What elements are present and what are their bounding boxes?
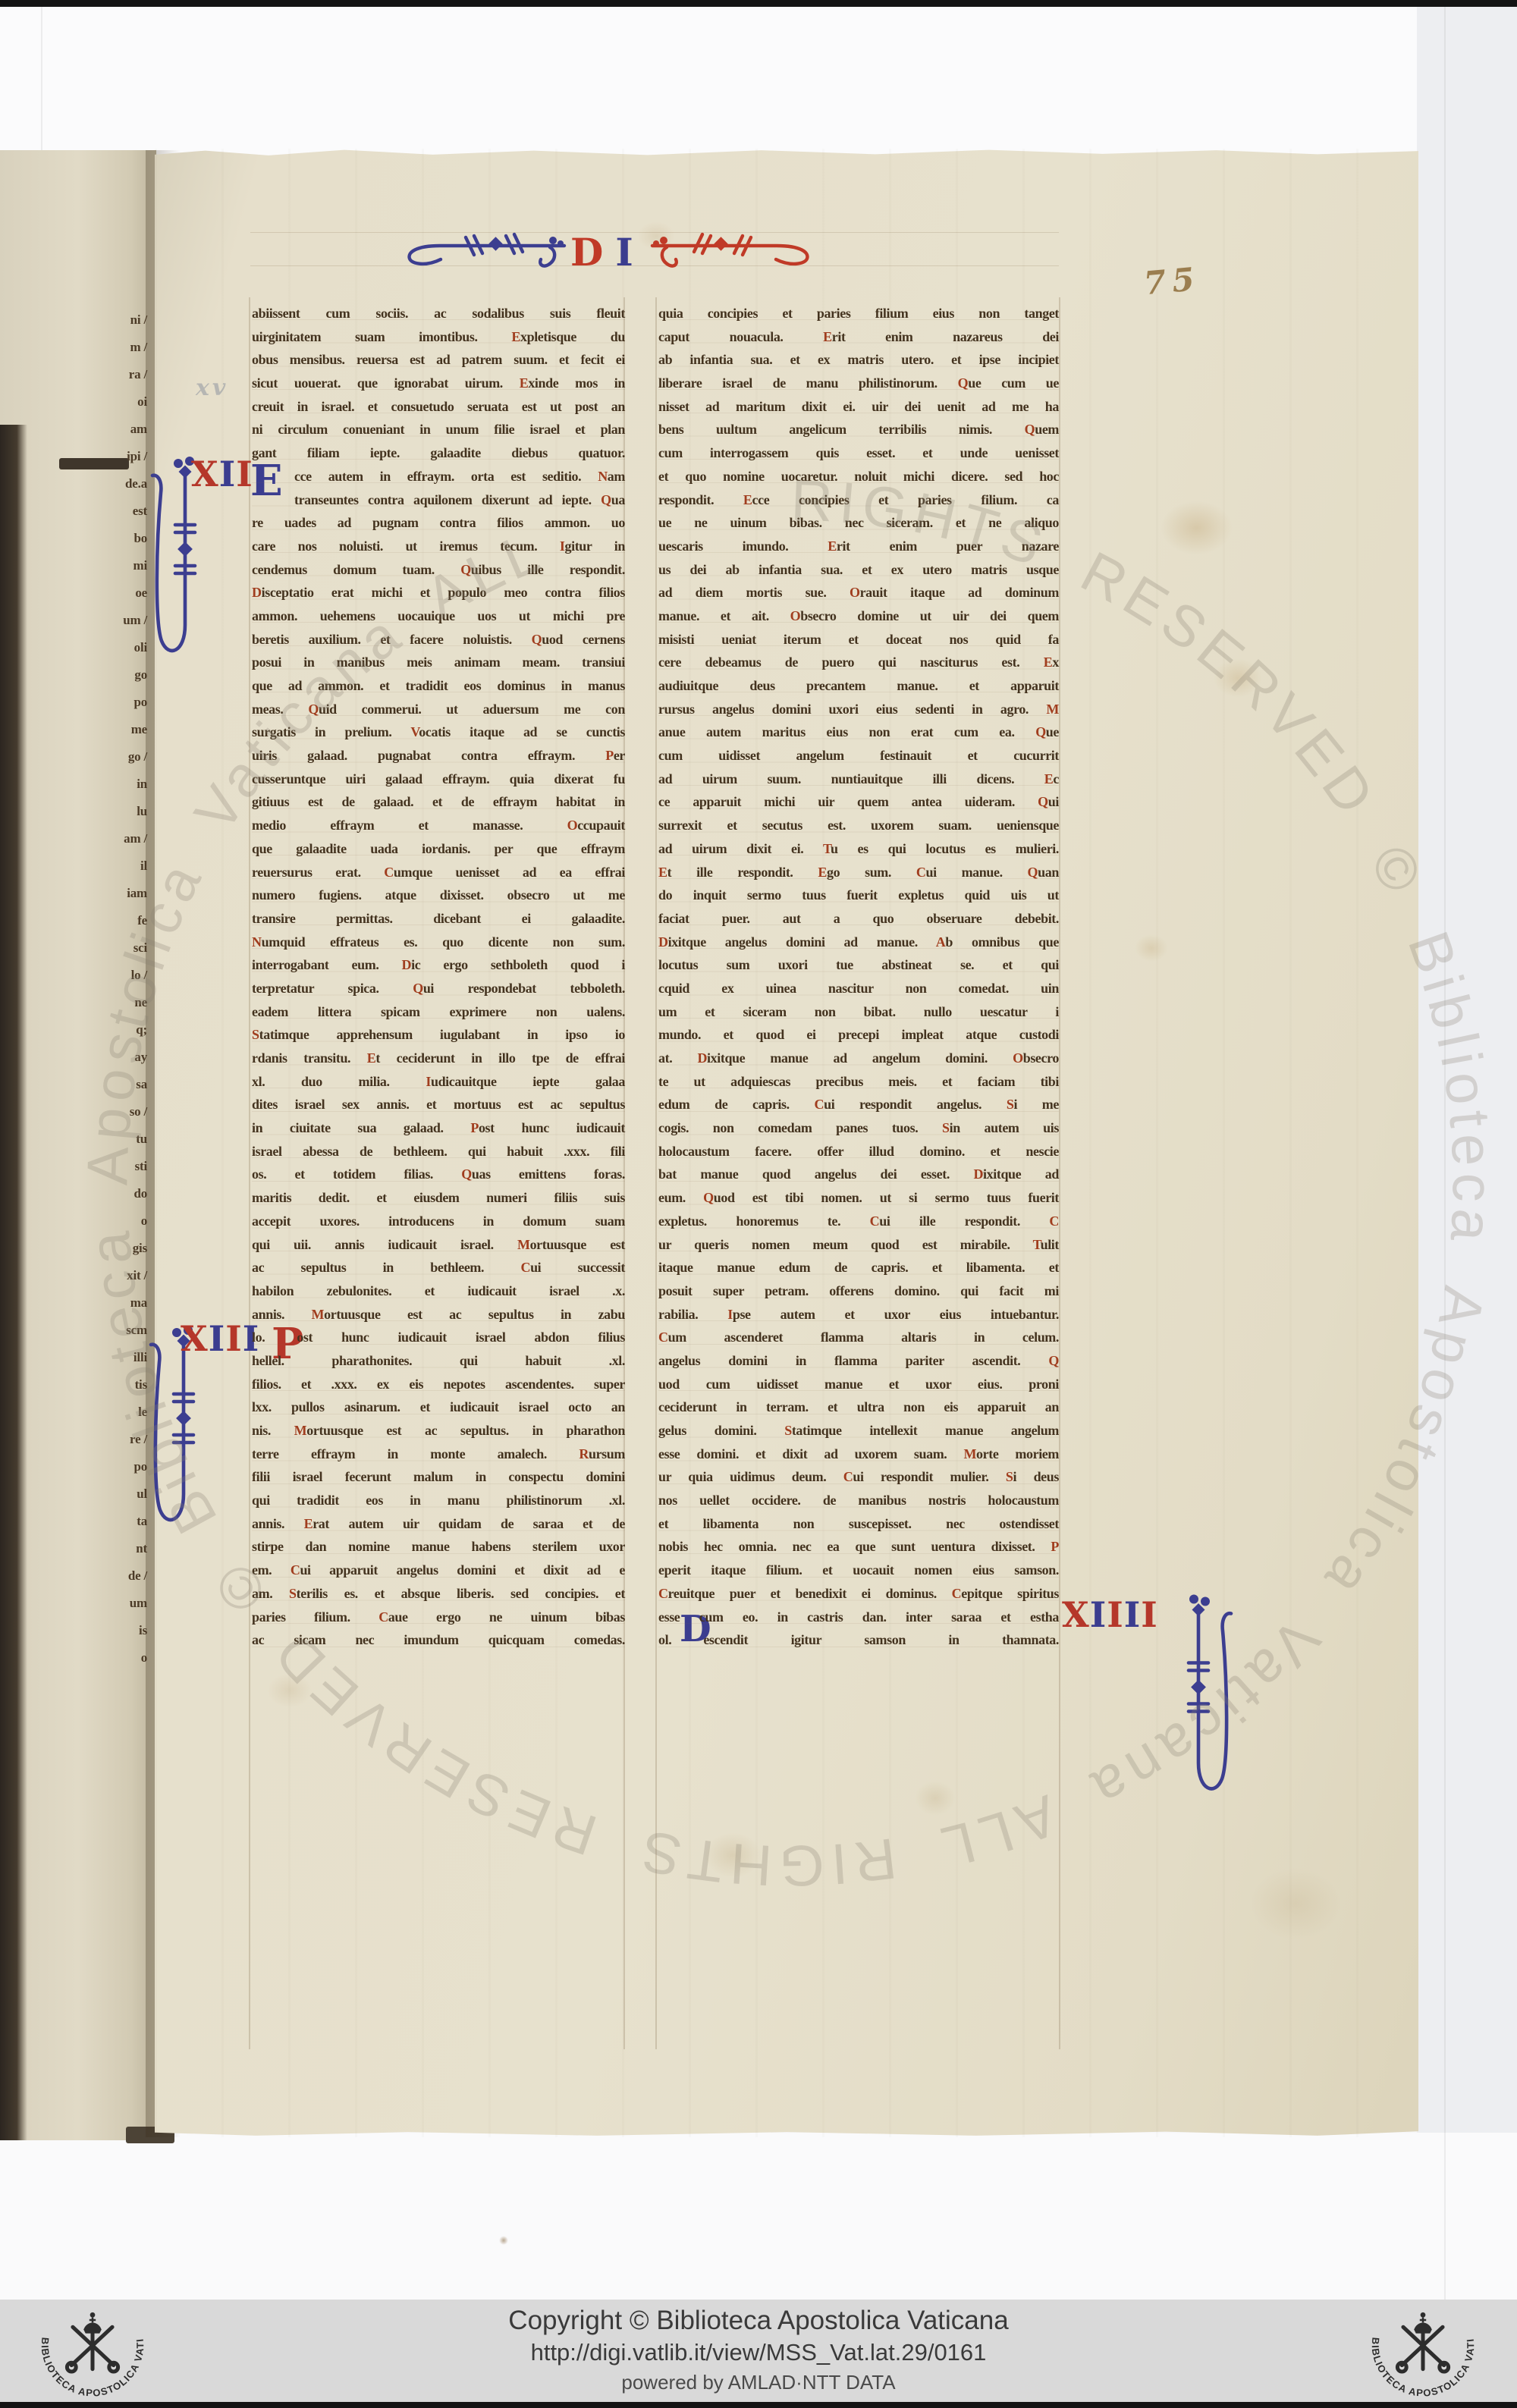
- text-line: uirginitatem suam imontibus. Expletisque…: [252, 325, 625, 349]
- text-line: israel abessa de bethleem. qui habuit .x…: [252, 1140, 625, 1163]
- text-line: in ciuitate sua galaad. Post hunc iudica…: [252, 1116, 625, 1140]
- text-line: paries filium. Caue ergo ne uinum bibas: [252, 1606, 625, 1629]
- text-line: os. et totidem filias. Quas emittens for…: [252, 1163, 625, 1186]
- text-line: Numquid effrateus es. quo dicente non su…: [252, 931, 625, 954]
- gutter-fragment: am /: [27, 825, 147, 852]
- text-line: ad uirum dixit ei. Tu es qui locutus es …: [658, 837, 1059, 861]
- text-line: ol.escendit igitur samson in thamnata.: [658, 1628, 1059, 1652]
- text-line: cce autem in effraym. orta est seditio. …: [252, 465, 625, 488]
- gutter-fragment: il: [27, 852, 147, 880]
- paper-seam: [41, 7, 42, 151]
- gutter-fragment: me: [27, 716, 147, 743]
- text-line: transire permittas. dicebant ei galaadit…: [252, 907, 625, 931]
- gutter-fragment: ma: [27, 1289, 147, 1317]
- text-line: uescaris imundo. Erit enim puer nazare: [658, 535, 1059, 558]
- gutter-fragment: xit /: [27, 1262, 147, 1289]
- gutter-fragment: iam: [27, 880, 147, 907]
- ruling-line: [655, 297, 657, 2049]
- text-line: audiuitque deus precantem manue. et appa…: [658, 674, 1059, 698]
- penwork-flourish-right-icon: [649, 231, 816, 273]
- text-line: angelus domini in flamma pariter ascendi…: [658, 1349, 1059, 1373]
- gutter-fragment: le: [27, 1399, 147, 1426]
- text-line: meas. Quid commerui. ut aduersum me con: [252, 698, 625, 721]
- gutter-fragment: re /: [27, 1426, 147, 1453]
- text-line: ce apparuit michi uir quem antea uideram…: [658, 790, 1059, 814]
- gutter-fragment: go /: [27, 743, 147, 771]
- text-line: numero fugiens. atque dixisset. obsecro …: [252, 884, 625, 907]
- text-line: bat manue quod angelus dei esset. Dixitq…: [658, 1163, 1059, 1186]
- scan-border-bottom: [0, 2402, 1517, 2408]
- gutter-fragment: ra /: [27, 361, 147, 388]
- text-line: caput nouacula. Erit enim nazareus dei: [658, 325, 1059, 349]
- text-line: gitiuus est de galaad. et de effraym hab…: [252, 790, 625, 814]
- text-line: hellel. pharathonites. qui habuit .xl.: [252, 1349, 625, 1373]
- gutter-fragment: de /: [27, 1562, 147, 1590]
- text-line: respondit. Ecce concipies et paries fili…: [658, 488, 1059, 512]
- text-line: beretis auxilium. et facere noluistis. Q…: [252, 628, 625, 651]
- gutter-fragment: q;: [27, 1016, 147, 1044]
- text-line: ammon. uehemens uocauique uos ut michi p…: [252, 604, 625, 628]
- text-line: rabilia. Ipse autem et uxor eius intueba…: [658, 1303, 1059, 1326]
- text-line: liberare israel de manu philistinorum. Q…: [658, 372, 1059, 395]
- gutter-fragment: do: [27, 1180, 147, 1207]
- text-line: creuit in israel. et consuetudo seruata …: [252, 395, 625, 419]
- gutter-fragment: ul: [27, 1480, 147, 1508]
- folio-number: 75: [1142, 260, 1201, 302]
- text-line: faciat puer. aut a quo obseruare debebit…: [658, 907, 1059, 931]
- gutter-fragment: mi: [27, 552, 147, 579]
- chapter-number-xiii: XIII: [181, 1321, 259, 1356]
- book-gutter: [0, 425, 27, 2140]
- gutter-fragment: is: [27, 1617, 147, 1644]
- text-line: ad uirum suum. nuntiauitque illi dicens.…: [658, 768, 1059, 791]
- text-line: et quo nomine uocaretur. noluit michi di…: [658, 465, 1059, 488]
- gutter-fragment: sti: [27, 1153, 147, 1180]
- text-line: holocaustum facere. offer illud domino. …: [658, 1140, 1059, 1163]
- text-line: misisti ueniat iterum et doceat nos quid…: [658, 628, 1059, 651]
- gutter-fragment: gis: [27, 1235, 147, 1262]
- text-line: at. Dixitque manue ad angelum domini. Ob…: [658, 1047, 1059, 1070]
- text-line: Statimque apprehensum iugulabant in ipso…: [252, 1023, 625, 1047]
- text-line: mundo. et quod ei precepi impleat atque …: [658, 1023, 1059, 1047]
- gutter-fragment: so /: [27, 1098, 147, 1126]
- text-line: que ad ammon. et tradidit eos dominus in…: [252, 674, 625, 698]
- text-line: ni circulum conueniant in unum filie isr…: [252, 418, 625, 441]
- gutter-fragment: fe: [27, 907, 147, 934]
- text-line: um et siceram non bibat. nullo uescatur …: [658, 1000, 1059, 1024]
- text-line: filii israel fecerunt malum in conspectu…: [252, 1465, 625, 1489]
- text-line: eadem littera spicam exprimere non ualen…: [252, 1000, 625, 1024]
- text-line: terpretatur spica. Qui respondebat tebbo…: [252, 977, 625, 1000]
- text-line: te ut adquiescas precibus meis. et facia…: [658, 1070, 1059, 1094]
- running-title: DI: [570, 234, 633, 272]
- text-line: anue autem maritus eius non erat cum ea.…: [658, 721, 1059, 744]
- text-line: posui in manibus meis animam meam. trans…: [252, 651, 625, 674]
- text-line: re uades ad pugnam contra filios ammon. …: [252, 511, 625, 535]
- text-line: sicut uouerat. que ignorabat uirum. Exin…: [252, 372, 625, 395]
- ruling-line: [1059, 297, 1060, 2049]
- text-line: care nos noluisti. ut iremus tecum. Igit…: [252, 535, 625, 558]
- marginal-note: xv: [196, 375, 228, 401]
- gutter-fragment: o: [27, 1644, 147, 1672]
- text-line: eperit itaque filium. et uocauit nomen e…: [658, 1559, 1059, 1582]
- gutter-fragment: ay: [27, 1044, 147, 1071]
- gutter-fragment: m /: [27, 334, 147, 361]
- text-line: rdanis transitu. Et ceciderunt in illo t…: [252, 1047, 625, 1070]
- text-line: edum de capris. Cui respondit angelus. S…: [658, 1093, 1059, 1116]
- text-line: itaque manue edum de capris. et libament…: [658, 1256, 1059, 1279]
- gutter-fragment: po: [27, 689, 147, 716]
- text-line: abiissent cum sociis. ac sodalibus suis …: [252, 302, 625, 325]
- gutter-fragment: ne: [27, 989, 147, 1016]
- text-line: obus mensibus. reuersa est ad patrem suu…: [252, 348, 625, 372]
- backing-sheet-bottom: [0, 2133, 1517, 2300]
- text-line: nobis hec omnia. nec ea que sunt uentura…: [658, 1535, 1059, 1559]
- text-line: expletus. honoremus te. Cui ille respond…: [658, 1210, 1059, 1233]
- gutter-fragment: sa: [27, 1071, 147, 1098]
- text-line: cum uidisset angelum festinauit et cucur…: [658, 744, 1059, 768]
- text-line: annis. Mortuusque est ac sepultus in zab…: [252, 1303, 625, 1326]
- running-title-letter: D: [570, 234, 603, 272]
- gutter-fragment: est: [27, 498, 147, 525]
- text-line: ac sicam nec imundum quicquam comedas.: [252, 1628, 625, 1652]
- running-title-letter: I: [615, 234, 633, 272]
- text-line: Et ille respondit. Ego sum. Cui manue. Q…: [658, 861, 1059, 884]
- text-line: accepit uxores. introducens in domum sua…: [252, 1210, 625, 1233]
- ruling-line: [249, 297, 250, 2049]
- text-line: ceciderunt in terram. et ultra non eis a…: [658, 1396, 1059, 1419]
- text-line: em. Cui apparuit angelus domini et dixit…: [252, 1559, 625, 1582]
- gutter-fragment: in: [27, 771, 147, 798]
- penwork-flourish-left-icon: [400, 231, 567, 273]
- gutter-fragment: illi: [27, 1344, 147, 1371]
- text-line: uiris galaad. pugnabat contra effraym. P…: [252, 744, 625, 768]
- text-line: terre effraym in monte amalech. Rursum: [252, 1443, 625, 1466]
- gutter-fragment: tu: [27, 1126, 147, 1153]
- gutter-fragment: o: [27, 1207, 147, 1235]
- gutter-fragment: tis: [27, 1371, 147, 1399]
- gutter-fragment: oli: [27, 634, 147, 661]
- text-column-left: abiissent cum sociis. ac sodalibus suis …: [252, 302, 625, 1652]
- text-line: Cum ascenderet flamma altaris in celum.: [658, 1326, 1059, 1349]
- text-line: quia concipies et paries filium eius non…: [658, 302, 1059, 325]
- text-line: bens uultum angelicum terribilis nimis. …: [658, 418, 1059, 441]
- gutter-fragment: scm: [27, 1317, 147, 1344]
- gutter-text-fragments: ni /m /ra /oiamipi /de.aestbomioeum /oli…: [27, 306, 147, 1672]
- text-line: que galaadite uada iordanis. per que eff…: [252, 837, 625, 861]
- gutter-fragment: lo /: [27, 962, 147, 989]
- gutter-fragment: bo: [27, 525, 147, 552]
- text-line: gelus domini. Statimque intellexit manue…: [658, 1419, 1059, 1443]
- text-line: cusseruntque uiri galaad effraym. quia d…: [252, 768, 625, 791]
- text-line: filios. et .xxx. ex eis nepotes ascenden…: [252, 1373, 625, 1396]
- gutter-fragment: lu: [27, 798, 147, 825]
- text-line: lxx. pullos asinarum. et iudicauit israe…: [252, 1396, 625, 1419]
- gutter-fragment: um: [27, 1590, 147, 1617]
- text-line: annis. Erat autem uir quidam de saraa et…: [252, 1512, 625, 1536]
- text-line: ab infantia sua. et ex matris utero. et …: [658, 348, 1059, 372]
- gutter-fragment: nt: [27, 1535, 147, 1562]
- text-line: dites israel sex annis. et mortuus est a…: [252, 1093, 625, 1116]
- gutter-fragment: ni /: [27, 306, 147, 334]
- gutter-fragment: go: [27, 661, 147, 689]
- text-line: gant filiam iepte. galaadite diebus quat…: [252, 441, 625, 465]
- text-line: Creuitque puer et benedixit ei dominus. …: [658, 1582, 1059, 1606]
- text-line: maritis dedit. et eiusdem numeri filiis …: [252, 1186, 625, 1210]
- gutter-fragment: po: [27, 1453, 147, 1480]
- manuscript-scan: ni /m /ra /oiamipi /de.aestbomioeum /oli…: [0, 0, 1517, 2408]
- bav-logo-right: BIBLIOTECA APOSTOLICA VATICANA: [1352, 2304, 1494, 2400]
- text-line: ur queris nomen meum quod est mirabile. …: [658, 1233, 1059, 1257]
- footer-powered-by: powered by AMLAD·NTT DATA: [0, 2371, 1517, 2394]
- text-line: manue. et ait. Obsecro domine ut uir dei…: [658, 604, 1059, 628]
- gutter-fragment: oi: [27, 388, 147, 416]
- text-line: et libamenta non suscepisset. nec ostend…: [658, 1512, 1059, 1536]
- text-line: qui tradidit eos in manu philistinorum .…: [252, 1489, 625, 1512]
- text-line: stirpe dan nomine manue habens sterilem …: [252, 1535, 625, 1559]
- scan-border-top: [0, 0, 1517, 7]
- text-line: eum. Quod est tibi nomen. ut si sermo tu…: [658, 1186, 1059, 1210]
- gutter-fragment: ipi /: [27, 443, 147, 470]
- text-line: surrexit et secutus est. uxorem suam. ue…: [658, 814, 1059, 837]
- text-line: xl. duo milia. Iudicauitque iepte galaa: [252, 1070, 625, 1094]
- text-line: nis. Mortuusque est ac sepultus. in phar…: [252, 1419, 625, 1443]
- text-line: esse domini. et dixit ad uxorem suam. Mo…: [658, 1443, 1059, 1466]
- text-line: ur quia uidimus deum. Cui respondit muli…: [658, 1465, 1059, 1489]
- text-line: reuersurus erat. Cumque uenisset ad ea e…: [252, 861, 625, 884]
- backing-sheet-top: [0, 7, 1517, 159]
- paraph-flourish-icon: [1185, 1590, 1233, 1821]
- text-line: Disceptatio erat michi et populo meo con…: [252, 581, 625, 604]
- text-line: esse cum eo. in castris dan. inter saraa…: [658, 1606, 1059, 1629]
- text-column-right: quia concipies et paries filium eius non…: [658, 302, 1059, 1652]
- text-line: ac sepultus in bethleem. Cui successit: [252, 1256, 625, 1279]
- text-line: cogis. non comedam panes tuos. Sin autem…: [658, 1116, 1059, 1140]
- text-line: cendemus domum tuam. Quibus ille respond…: [252, 558, 625, 582]
- text-line: ad diem mortis sue. Orauit itaque ad dom…: [658, 581, 1059, 604]
- text-line: uod cum uidisset manue et uxor eius. pro…: [658, 1373, 1059, 1396]
- text-line: nos uellet occidere. de manibus nostris …: [658, 1489, 1059, 1512]
- gutter-fragment: am: [27, 416, 147, 443]
- text-line: nisset ad maritum dixit ei. uir dei ueni…: [658, 395, 1059, 419]
- gutter-fragment: oe: [27, 579, 147, 607]
- text-line: medio effraym et manasse. Occupauit: [252, 814, 625, 837]
- text-line: ue ne uinum bibas. nec siceram. et ne al…: [658, 511, 1059, 535]
- text-line: Dixitque angelus domini ad manue. Ab omn…: [658, 931, 1059, 954]
- text-line: locutus sum uxori tue abstineat se. et q…: [658, 953, 1059, 977]
- chapter-number-xii: XII: [191, 457, 253, 491]
- text-line: transeuntes contra aquilonem dixerunt ad…: [252, 488, 625, 512]
- paper-seam: [1444, 7, 1446, 2300]
- gutter-fragment: ta: [27, 1508, 147, 1535]
- text-line: lo.ost hunc iudicauit israel abdon filiu…: [252, 1326, 625, 1349]
- gutter-fragment: de.a: [27, 470, 147, 498]
- text-line: us dei ab infantia sua. et ex utero matr…: [658, 558, 1059, 582]
- chapter-number-xiiii: XIIII: [1062, 1597, 1158, 1632]
- footer-copyright: Copyright © Biblioteca Apostolica Vatica…: [0, 2306, 1517, 2336]
- text-line: am. Sterilis es. et absque liberis. sed …: [252, 1582, 625, 1606]
- gutter-fragment: um /: [27, 607, 147, 634]
- backing-sheet-right: [1417, 7, 1517, 2300]
- gutter-fragment: sci: [27, 934, 147, 962]
- footer-url: http://digi.vatlib.it/view/MSS_Vat.lat.2…: [0, 2339, 1517, 2366]
- text-line: interrogabant eum. Dic ergo sethboleth q…: [252, 953, 625, 977]
- text-line: do inquit sermo tuus fuerit expletus qui…: [658, 884, 1059, 907]
- text-line: rursus angelus domini uxori eius sedenti…: [658, 698, 1059, 721]
- text-line: qui uii. annis iudicauit israel. Mortuus…: [252, 1233, 625, 1257]
- text-line: cere debeamus de puero qui nasciturus es…: [658, 651, 1059, 674]
- text-line: cum interrogassem quis esset. et unde ue…: [658, 441, 1059, 465]
- text-line: cquid ex uinea nascitur non comedat. uin: [658, 977, 1059, 1000]
- text-line: habilon zebulonites. et iudicauit israel…: [252, 1279, 625, 1303]
- text-line: posuit super petram. offerens domino. qu…: [658, 1279, 1059, 1303]
- bav-logo-left: BIBLIOTECA APOSTOLICA VATICANA: [21, 2304, 164, 2400]
- text-line: surgatis in prelium. Vocatis itaque ad s…: [252, 721, 625, 744]
